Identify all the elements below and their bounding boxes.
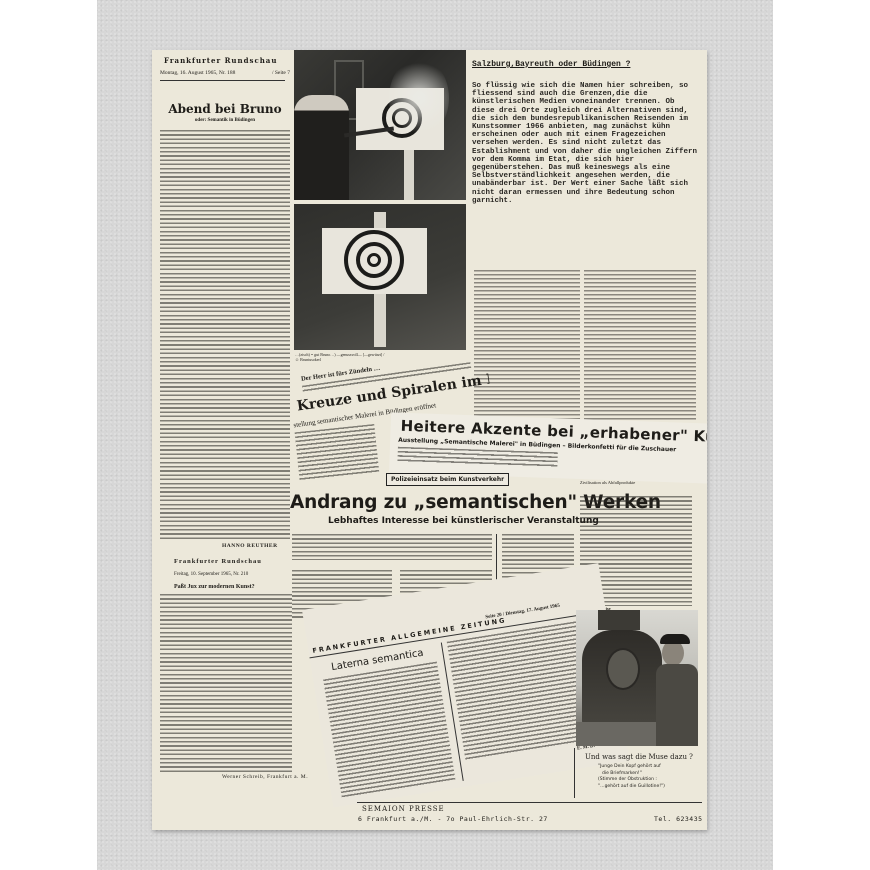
footer-rule xyxy=(357,802,702,803)
fr-masthead: Frankfurter Rundschau xyxy=(164,56,289,65)
article-author: HANNO REUTHER xyxy=(222,543,278,549)
muse-quotes: "Junge Dein Kopf gehört auf die Briefmar… xyxy=(598,764,698,790)
collage-sheet: Frankfurter Rundschau Montag, 16. August… xyxy=(152,50,707,830)
photo-man-with-statue xyxy=(576,610,698,746)
photo-artist-burning-canvas xyxy=(294,50,466,200)
fr2-title: Paßt Jux zur modernen Kunst? xyxy=(174,584,255,590)
article-subtitle: oder: Semantik in Büdingen xyxy=(160,118,290,123)
man-cap xyxy=(660,634,690,644)
muse-question: Und was sagt die Muse dazu ? xyxy=(585,753,693,761)
kreuze-body-text xyxy=(295,424,380,482)
column-top xyxy=(598,610,640,630)
andrang-subheadline: Lebhaftes Interesse bei künstlerischer V… xyxy=(328,516,599,526)
typed-article-body: So flüssig wie sich die Namen hier schre… xyxy=(472,82,700,205)
footer-phone: Tel. 623435 xyxy=(654,815,703,823)
fr-page: / Seite 7 xyxy=(272,70,290,76)
side-note: Zivilisation als Abfallprodukte xyxy=(580,480,635,485)
fr2-signature: Werner Schreib, Frankfurt a. M. xyxy=(222,774,308,780)
faz-column-1 xyxy=(323,662,455,799)
article-title: Abend bei Bruno xyxy=(160,102,290,116)
masthead-rule xyxy=(160,80,285,81)
spiral-ring-inner xyxy=(367,253,381,267)
relief-medallion xyxy=(606,648,640,690)
typed-article-heading: Salzburg,Bayreuth oder Büdingen ? xyxy=(472,60,630,69)
easel-leg xyxy=(404,150,414,200)
heitere-body-text xyxy=(397,447,557,469)
fr-dateline: Montag, 16. August 1965, Nr. 188 / Seite… xyxy=(160,70,290,76)
fr2-dateline: Freitag, 10. September 1965, Nr. 210 xyxy=(174,572,248,577)
faz-dateline: Seite 20 / Dienstag, 17. August 1965 xyxy=(485,604,560,621)
footer-publisher: SEMAION PRESSE xyxy=(362,805,445,813)
photo-finished-spiral-canvas xyxy=(294,204,466,350)
polizei-box: Polizeieinsatz beim Kunstverkehr xyxy=(386,473,509,486)
muse-line-4: "…gehört auf die Guillotine!") xyxy=(598,784,698,791)
man-coat xyxy=(656,664,698,746)
fr-date: Montag, 16. August 1965, Nr. 188 xyxy=(160,70,235,76)
smoke xyxy=(389,58,449,138)
footer-address: 6 Frankfurt a./M. - 7o Paul-Ehrlich-Str.… xyxy=(358,815,548,823)
muse-rule xyxy=(574,748,575,798)
andrang-lead-text xyxy=(292,534,492,560)
fr2-body-text xyxy=(160,594,292,774)
typed-small-column-2 xyxy=(584,270,696,420)
artist-figure xyxy=(294,95,349,200)
article-body-text xyxy=(160,130,290,540)
fr2-masthead: Frankfurter Rundschau xyxy=(174,558,262,565)
